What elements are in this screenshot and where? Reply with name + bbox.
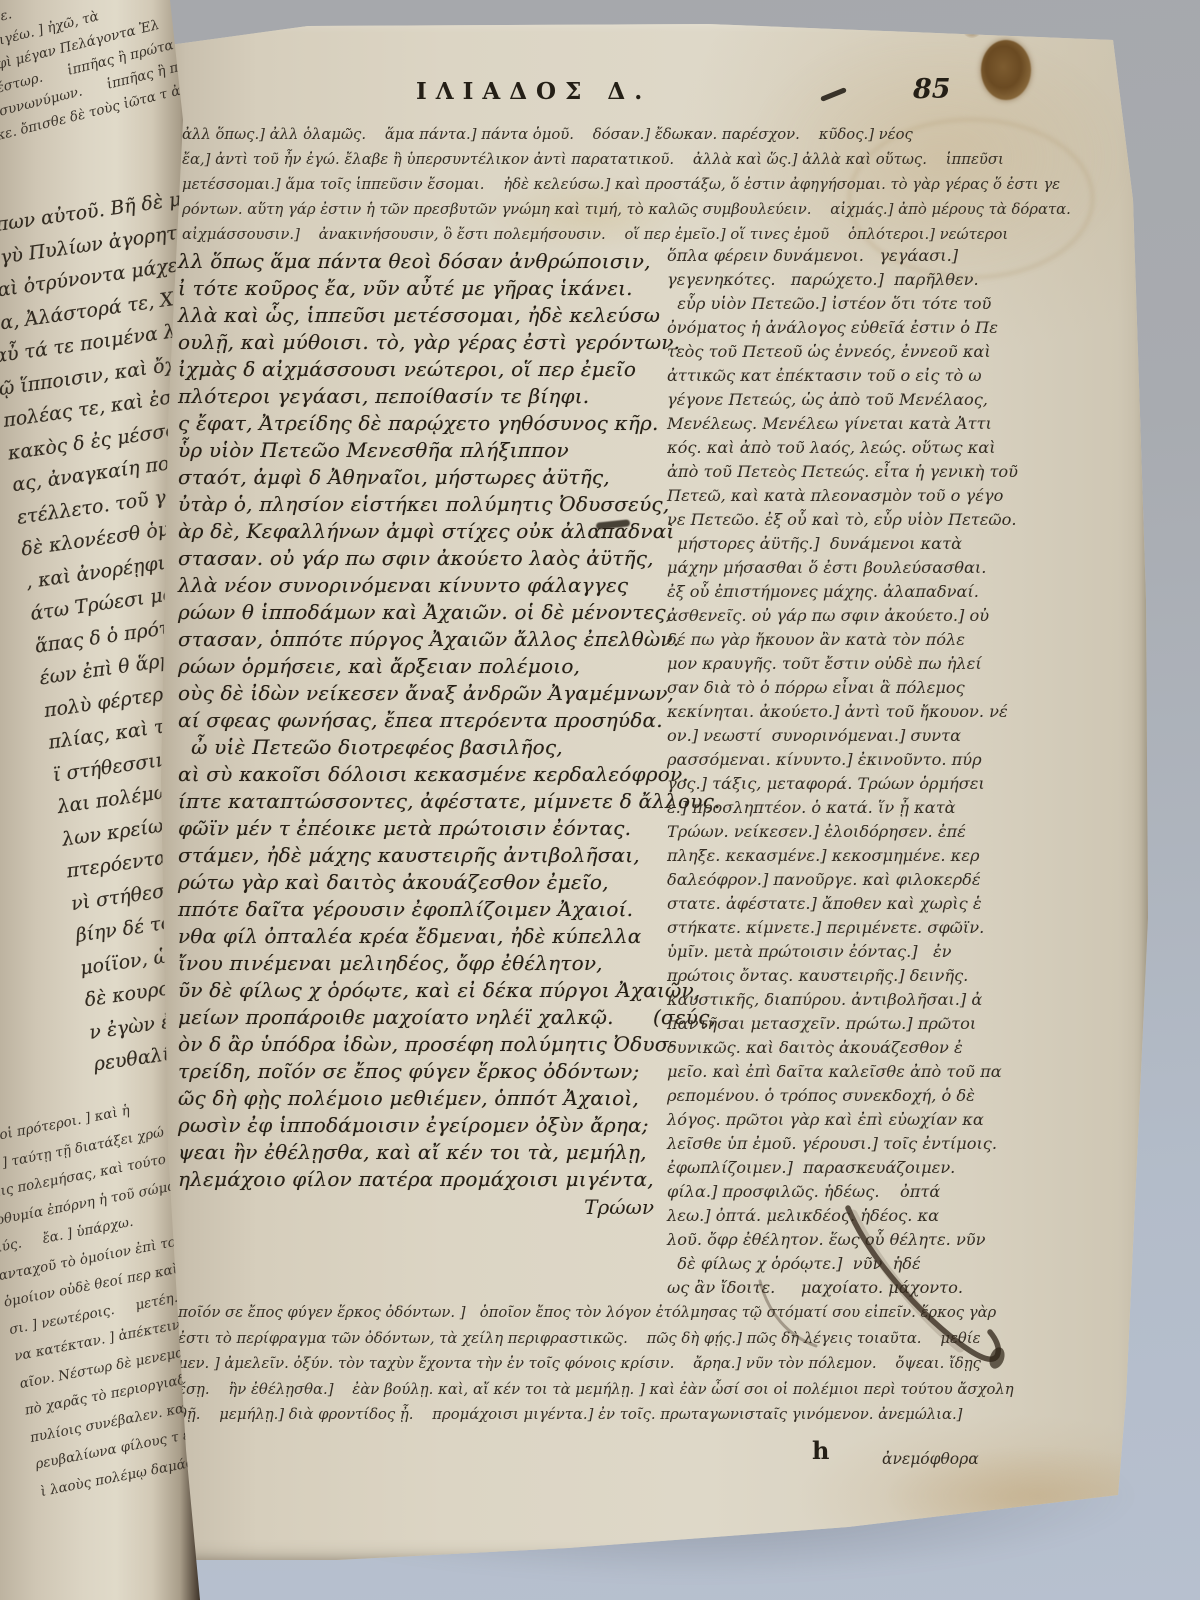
verse-line: ρώτω γὰρ καὶ δαιτὸς ἀκουάζεσθον ἐμεῖο, xyxy=(178,869,660,896)
commentary-line: κεκίνηται. ἀκούετο.] ἀντὶ τοῦ ἤκουον. νέ xyxy=(667,700,1087,724)
verse-line: ὐτὰρ ὁ, πλησίον εἱστήκει πολύμητις Ὀδυσσ… xyxy=(178,491,660,518)
verse-line: στασαν, ὁππότε πύργος Ἀχαιῶν ἄλλος ἐπελθ… xyxy=(178,626,660,653)
commentary-line: πληξε. κεκασμένε.] κεκοσμημένε. κερ xyxy=(667,844,1087,868)
verse-line: ἴνου πινέμεναι μελιηδέος, ὄφρ ἐθέλητον, xyxy=(178,950,660,977)
commentary-line: στήκατε. κίμνετε.] περιμένετε. σφῶϊν. xyxy=(667,916,1087,940)
commentary-line: φίλα.] προσφιλῶς. ἡδέως. ὀπτά xyxy=(667,1180,1087,1204)
commentary-line: νε Πετεῶο. ἐξ οὗ καὶ τὸ, εὗρ υἱὸν Πετεῶο… xyxy=(667,508,1087,532)
verse-line: ππότε δαῖτα γέρουσιν ἐφοπλίζοιμεν Ἀχαιοί… xyxy=(178,896,660,923)
verse-line: ς ἔφατ, Ἀτρείδης δὲ παρῴχετο γηθόσυνος κ… xyxy=(178,410,660,437)
commentary-line: στατε. ἀφέστατε.] ἄποθεν καὶ χωρὶς ἑ xyxy=(667,892,1087,916)
commentary-line: γεγενηκότες. παρώχετο.] παρῆλθεν. xyxy=(667,268,1087,292)
verse-line: ίπτε καταπτώσσοντες, ἀφέστατε, μίμνετε δ… xyxy=(178,788,660,815)
verse-line: ρώων ὁρμήσειε, καὶ ἄρξειαν πολέμοιο, xyxy=(178,653,660,680)
commentary-line: σαν διὰ τὸ ὁ πόρρω εἶναι ἃ πόλεμος xyxy=(667,676,1087,700)
verse-line: ἰχμὰς δ αἰχμάσσουσι νεώτεροι, οἵ περ ἐμε… xyxy=(178,356,660,383)
verse-catchword: Τρώων xyxy=(178,1195,660,1219)
verse-column: λλ ὅπως ἅμα πάντα θεοὶ δόσαν ἀνθρώποισιν… xyxy=(178,248,660,1193)
commentary-line: μάχην μήσασθαι ὅ ἐστι βουλεύσασθαι. xyxy=(667,556,1087,580)
commentary-line: δέ πω γὰρ ἤκουον ἂν κατὰ τὸν πόλε xyxy=(667,628,1087,652)
verse-line: στασαν. οὐ γάρ πω σφιν ἀκούετο λαὸς ἀϋτῆ… xyxy=(178,545,660,572)
book-photo: { "colors":{"paper":"#dcd5c4","ink":"#2b… xyxy=(0,0,1200,1600)
commentary-line: Τρώων. νείκεσεν.] ἐλοιδόρησεν. ἐπέ xyxy=(667,820,1087,844)
commentary-line: δυνικῶς. καὶ δαιτὸς ἀκουάζεσθον ἐ xyxy=(667,1036,1087,1060)
verse-line: λλὰ καὶ ὧς, ἱππεῦσι μετέσσομαι, ἠδὲ κελε… xyxy=(178,302,660,329)
commentary-line: ἀττικῶς κατ ἐπέκτασιν τοῦ ο εἰς τὸ ω xyxy=(667,364,1087,388)
commentary-line: εὗρ υἱὸν Πετεῶο.] ἰστέον ὅτι τότε τοῦ xyxy=(667,292,1087,316)
verse-line: πλότεροι γεγάασι, πεποίθασίν τε βίηφι. xyxy=(178,383,660,410)
commentary-line: μον κραυγῆς. τοῦτ ἔστιν οὐδὲ πω ἠλεί xyxy=(667,652,1087,676)
commentary-line: δὲ φίλως χ ὁρόῳτε.] νῦν ἡδέ xyxy=(667,1252,1087,1276)
commentary-line: ὅπλα φέρειν δυνάμενοι. γεγάασι.] xyxy=(667,244,1087,268)
verse-line: μείων προπάροιθε μαχοίατο νηλέϊ χαλκῷ. (… xyxy=(178,1004,660,1031)
verse-line: αί σφεας φωνήσας, ἔπεα πτερόεντα προσηύδ… xyxy=(178,707,660,734)
commentary-line: ἀσθενεῖς. οὐ γάρ πω σφιν ἀκούετο.] οὐ xyxy=(667,604,1087,628)
commentary-line: λοῦ. ὄφρ ἐθέλητον. ἕως οὗ θέλητε. νῦν xyxy=(667,1228,1087,1252)
page-catchword: ἀνεμόφθορα xyxy=(882,1450,979,1468)
commentary-line: ε.] προσληπτέον. ὁ κατά. ἵν ᾖ κατὰ xyxy=(667,796,1087,820)
scholia-line: μετέσσομαι.] ἅμα τοῖς ἱππεῦσιν ἔσομαι. ἠ… xyxy=(182,172,1082,197)
scholia-line: μεν. ] ἀμελεῖν. ὀξύν. τὸν ταχὺν ἔχοντα τ… xyxy=(178,1351,1098,1377)
commentary-line: πρώτοις ὄντας. καυστειρῆς.] δεινῆς. xyxy=(667,964,1087,988)
commentary-line: ρεπομένου. ὁ τρόπος συνεκδοχή, ὁ δὲ xyxy=(667,1084,1087,1108)
verse-line: ῦν δὲ φίλως χ ὁρόῳτε, καὶ εἰ δέκα πύργοι… xyxy=(178,977,660,1004)
verse-line: ρώων θ ἱπποδάμων καὶ Ἀχαιῶν. οἱ δὲ μένον… xyxy=(178,599,660,626)
commentary-line: δαλεόφρον.] πανοῦργε. καὶ φιλοκερδέ xyxy=(667,868,1087,892)
verse-line: οὺς δὲ ἰδὼν νείκεσεν ἄναξ ἀνδρῶν Ἀγαμέμν… xyxy=(178,680,660,707)
verse-line: λλὰ νέον συνορινόμεναι κίνυντο φάλαγγες xyxy=(178,572,660,599)
commentary-line: ἐφωπλίζοιμεν.] παρασκευάζοιμεν. xyxy=(667,1156,1087,1180)
verse-line: νθα φίλ ὀπταλέα κρέα ἔδμεναι, ἠδὲ κύπελλ… xyxy=(178,923,660,950)
scholia-line: ἔσῃ. ἢν ἐθέλῃσθα.] ἐὰν βούλῃ. καὶ, αἴ κέ… xyxy=(178,1377,1098,1403)
verse-line: ἰ τότε κοῦρος ἔα, νῦν αὖτέ με γῆρας ἱκάν… xyxy=(178,275,660,302)
commentary-line: ὀνόματος ἡ ἀνάλογος εὐθεῖά ἐστιν ὁ Πε xyxy=(667,316,1087,340)
verse-line: ουλῇ, καὶ μύθοισι. τὸ, γὰρ γέρας ἐστὶ γε… xyxy=(178,329,660,356)
previous-page-scholia-top: ἔλαβε. λιγέω. ] ἠχῶ, τὰἀμφὶ μέγαν Πελάγο… xyxy=(0,0,200,148)
commentary-line: Μενέλεως. Μενέλεω γίνεται κατὰ Ἀττι xyxy=(667,412,1087,436)
commentary-line: γέγονε Πετεώς, ὡς ἀπὸ τοῦ Μενέλαος, xyxy=(667,388,1087,412)
verse-line: ὦ υἱὲ Πετεῶο διοτρεφέος βασιλῆος, xyxy=(178,734,660,761)
commentary-line: λεῖσθε ὑπ ἐμοῦ. γέρουσι.] τοῖς ἐντίμοις. xyxy=(667,1132,1087,1156)
page-number: 85 xyxy=(913,74,951,105)
verse-line: ῶς δὴ φῂς πολέμοιο μεθιέμεν, ὁππότ Ἀχαιο… xyxy=(178,1085,660,1112)
commentary-line: λόγος. πρῶτοι γὰρ καὶ ἐπὶ εὐωχίαν κα xyxy=(667,1108,1087,1132)
verse-line: τρείδη, ποῖόν σε ἔπος φύγεν ἕρκος ὀδόντω… xyxy=(178,1058,660,1085)
verse-line: ρωσὶν ἐφ ἱπποδάμοισιν ἐγείρομεν ὀξὺν ἄρη… xyxy=(178,1112,660,1139)
commentary-line: παντῆσαι μετασχεῖν. πρώτω.] πρῶτοι xyxy=(667,1012,1087,1036)
verse-line: ὰρ δὲ, Κεφαλλήνων ἀμφὶ στίχες οὐκ ἀλαπαδ… xyxy=(178,518,660,545)
verse-line: αὶ σὺ κακοῖσι δόλοισι κεκασμένε κερδαλεό… xyxy=(178,761,660,788)
commentary-line: ον.] νεωστί συνορινόμεναι.] συντα xyxy=(667,724,1087,748)
commentary-line: λεω.] ὀπτά. μελικδέος. ἡδέος. κα xyxy=(667,1204,1087,1228)
verse-line: ὸν δ ἂρ ὑπόδρα ἰδὼν, προσέφη πολύμητις Ὀ… xyxy=(178,1031,660,1058)
book-page-85: ΙΛΙΑΔΟΣ Δ. 85 ἀλλ ὅπως.] ἀλλ ὁλαμῶς. ἅμα… xyxy=(148,18,1148,1560)
brown-ink-stain-small xyxy=(960,8,984,38)
signature-mark: h xyxy=(812,1436,829,1465)
commentary-line: ρασσόμεναι. κίνυντο.] ἐκινοῦντο. πύρ xyxy=(667,748,1087,772)
scholia-line: ἐστι τὸ περίφραγμα τῶν ὀδόντων, τὰ χείλη… xyxy=(178,1326,1098,1352)
verse-line: ηλεμάχοιο φίλον πατέρα προμάχοισι μιγέντ… xyxy=(178,1166,660,1193)
page-title: ΙΛΙΑΔΟΣ Δ. xyxy=(416,78,651,105)
verse-line: λλ ὅπως ἅμα πάντα θεοὶ δόσαν ἀνθρώποισιν… xyxy=(178,248,660,275)
commentary-line: Πετεῶ, καὶ κατὰ πλεονασμὸν τοῦ ο γέγο xyxy=(667,484,1087,508)
commentary-line: καυστικῆς, διαπύρου. ἀντιβολῆσαι.] ἀ xyxy=(667,988,1087,1012)
scholia-line: θῇ. μεμήλῃ.] διὰ φροντίδος ᾖ. προμάχοισι… xyxy=(178,1402,1098,1428)
scholia-line: ἀλλ ὅπως.] ἀλλ ὁλαμῶς. ἅμα πάντα.] πάντα… xyxy=(182,122,1082,147)
top-scholia-block: ἀλλ ὅπως.] ἀλλ ὁλαμῶς. ἅμα πάντα.] πάντα… xyxy=(182,122,1082,247)
verse-line: στάμεν, ἠδὲ μάχης καυστειρῆς ἀντιβολῆσαι… xyxy=(178,842,660,869)
commentary-line: ἐξ οὗ ἐπιστήμονες μάχης. ἀλαπαδναί. xyxy=(667,580,1087,604)
commentary-line: μήστορες ἀϋτῆς.] δυνάμενοι κατὰ xyxy=(667,532,1087,556)
commentary-line: τεὸς τοῦ Πετεοῦ ὡς ἐννεός, ἐννεοῦ καὶ xyxy=(667,340,1087,364)
scholia-line: ρόντων. αὕτη γάρ ἐστιν ἡ τῶν πρεσβυτῶν γ… xyxy=(182,197,1082,222)
commentary-line: μεῖο. καὶ ἐπὶ δαῖτα καλεῖσθε ἀπὸ τοῦ πα xyxy=(667,1060,1087,1084)
bottom-scholia-block: ποῖόν σε ἔπος φύγεν ἕρκος ὀδόντων. ] ὁπο… xyxy=(178,1300,1098,1428)
scholia-line: ἔα,] ἀντὶ τοῦ ἦν ἐγώ. ἔλαβε ἢ ὑπερσυντέλ… xyxy=(182,147,1082,172)
verse-line: ψεαι ἢν ἐθέλῃσθα, καὶ αἴ κέν τοι τὰ, μεμ… xyxy=(178,1139,660,1166)
commentary-line: ως ἂν ἴδοιτε. μαχοίατο. μάχοντο. xyxy=(667,1276,1087,1300)
brown-ink-stain xyxy=(981,40,1031,100)
commentary-line: κός. καὶ ἀπὸ τοῦ λαός, λεώς. οὕτως καὶ xyxy=(667,436,1087,460)
verse-line: φῶϊν μέν τ ἐπέοικε μετὰ πρώτοισιν ἐόντας… xyxy=(178,815,660,842)
verse-line: ὗρ υἱὸν Πετεῶο Μενεσθῆα πλήξιππον xyxy=(178,437,660,464)
scholia-line: ποῖόν σε ἔπος φύγεν ἕρκος ὀδόντων. ] ὁπο… xyxy=(178,1300,1098,1326)
commentary-column: ὅπλα φέρειν δυνάμενοι. γεγάασι.]γεγενηκό… xyxy=(667,244,1087,1300)
verse-line: σταότ, ἀμφὶ δ Ἀθηναῖοι, μήστωρες ἀϋτῆς, xyxy=(178,464,660,491)
commentary-line: ὑμῖν. μετὰ πρώτοισιν ἐόντας.] ἐν xyxy=(667,940,1087,964)
commentary-line: ἀπὸ τοῦ Πετεὸς Πετεώς. εἶτα ἡ γενικὴ τοῦ xyxy=(667,460,1087,484)
commentary-line: γος.] τάξις, μεταφορά. Τρώων ὁρμήσει xyxy=(667,772,1087,796)
